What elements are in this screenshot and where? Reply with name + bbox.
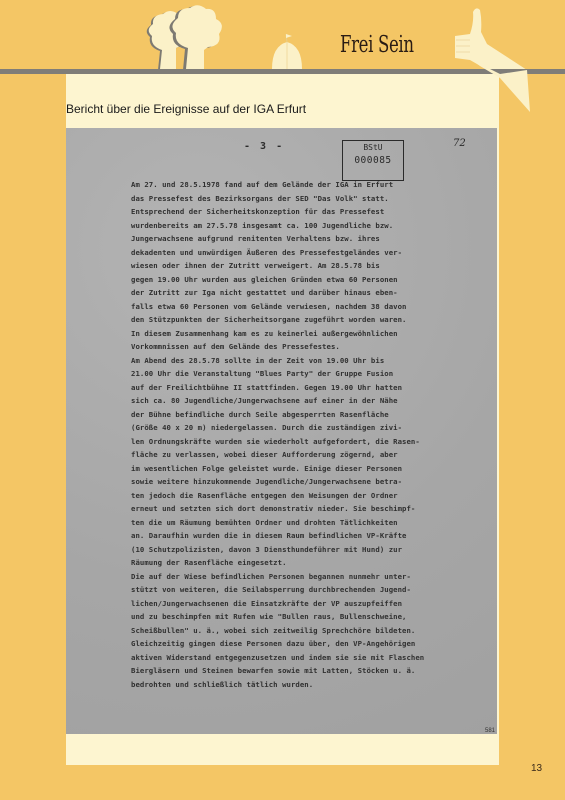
report-line: Scheißbullen" u. ä., wobei sich zeitweil…: [131, 624, 491, 638]
stamp-number: 000085: [343, 155, 403, 166]
report-line: wiesen oder ihnen der Zutritt verweigert…: [131, 259, 491, 273]
report-line: im wesentlichen Folge geleistet wurde. E…: [131, 462, 491, 476]
report-line: sich ca. 80 Jugendliche/Jungerwachsene a…: [131, 394, 491, 408]
typewritten-report-text: Am 27. und 28.5.1978 fand auf dem Geländ…: [131, 178, 491, 691]
report-line: der Bühne befindliche durch Seile abgesp…: [131, 408, 491, 422]
report-line: sowie weitere hinzukommende Jugendliche/…: [131, 475, 491, 489]
report-line: und zu beschimpfen mit Rufen wie "Bullen…: [131, 610, 491, 624]
tent-icon: [272, 34, 302, 69]
header-banner: Frei Sein: [0, 0, 565, 74]
report-line: In diesem Zusammenhang kam es zu keinerl…: [131, 327, 491, 341]
report-line: Am 27. und 28.5.1978 fand auf dem Geländ…: [131, 178, 491, 192]
report-line: bedrohten und schließlich tätlich wurden…: [131, 678, 491, 692]
trees-icon: [147, 5, 222, 70]
report-line: wurdenbereits am 27.5.78 insgesamt ca. 1…: [131, 219, 491, 233]
report-line: Entsprechend der Sicherheitskonzeption f…: [131, 205, 491, 219]
document-title: Bericht über die Ereignisse auf der IGA …: [66, 102, 306, 116]
report-line: ten jedoch die Rasenfläche entgegen den …: [131, 489, 491, 503]
report-line: gegen 19.00 Uhr wurden aus gleichen Grün…: [131, 273, 491, 287]
scanned-document-image: - 3 - BStU 000085 72 Am 27. und 28.5.197…: [66, 128, 497, 734]
report-line: Vorkommnissen auf dem Gelände des Presse…: [131, 340, 491, 354]
report-line: Am Abend des 28.5.78 sollte in der Zeit …: [131, 354, 491, 368]
stamp-label: BStU: [343, 143, 403, 152]
report-line: der Zutritt zur Iga nicht gestattet und …: [131, 286, 491, 300]
brand-title: Frei Sein: [340, 32, 426, 58]
handwritten-annotation: 72: [453, 138, 466, 149]
archive-number: 581: [485, 728, 495, 734]
report-line: fläche zu verlassen, wobei dieser Auffor…: [131, 448, 491, 462]
bstu-stamp: BStU 000085: [342, 140, 404, 181]
report-line: Biergläsern und Steinen bewarfen sowie m…: [131, 664, 491, 678]
report-line: auf der Freilichtbühne II stattfinden. G…: [131, 381, 491, 395]
report-line: len Ordnungskräfte wurden sie wiederholt…: [131, 435, 491, 449]
thumbs-up-hand-icon: [455, 8, 530, 74]
report-line: 21.00 Uhr die Veranstaltung "Blues Party…: [131, 367, 491, 381]
report-line: lichen/Jungerwachsenen die Einsatzkräfte…: [131, 597, 491, 611]
report-line: Jungerwachsene aufgrund renitenten Verha…: [131, 232, 491, 246]
report-line: erneut und setzten sich dort demonstrati…: [131, 502, 491, 516]
scan-page-marker: - 3 -: [244, 141, 284, 152]
report-line: (Größe 40 x 20 m) niedergelassen. Durch …: [131, 421, 491, 435]
report-line: an. Daraufhin wurden die in diesem Raum …: [131, 529, 491, 543]
report-line: ten die um Räumung bemühten Ordner und d…: [131, 516, 491, 530]
report-line: den Stützpunkten der Sicherheitsorgane z…: [131, 313, 491, 327]
report-line: falls etwa 60 Personen vom Gelände verwi…: [131, 300, 491, 314]
report-line: das Pressefest des Bezirksorgans der SED…: [131, 192, 491, 206]
report-line: Die auf der Wiese befindlichen Personen …: [131, 570, 491, 584]
report-line: (10 Schutzpolizisten, davon 3 Diensthund…: [131, 543, 491, 557]
report-line: dekadenten und unwürdigen Äußeren des Pr…: [131, 246, 491, 260]
report-line: Räumung der Rasenfläche eingesetzt.: [131, 556, 491, 570]
report-line: aktiven Widerstand entgegenzusetzen und …: [131, 651, 491, 665]
header-illustrations: [0, 0, 565, 74]
report-line: Gleichzeitig gingen diese Personen dazu …: [131, 637, 491, 651]
report-line: stützt von weiteren, die Seilabsperrung …: [131, 583, 491, 597]
page-number: 13: [531, 763, 542, 774]
